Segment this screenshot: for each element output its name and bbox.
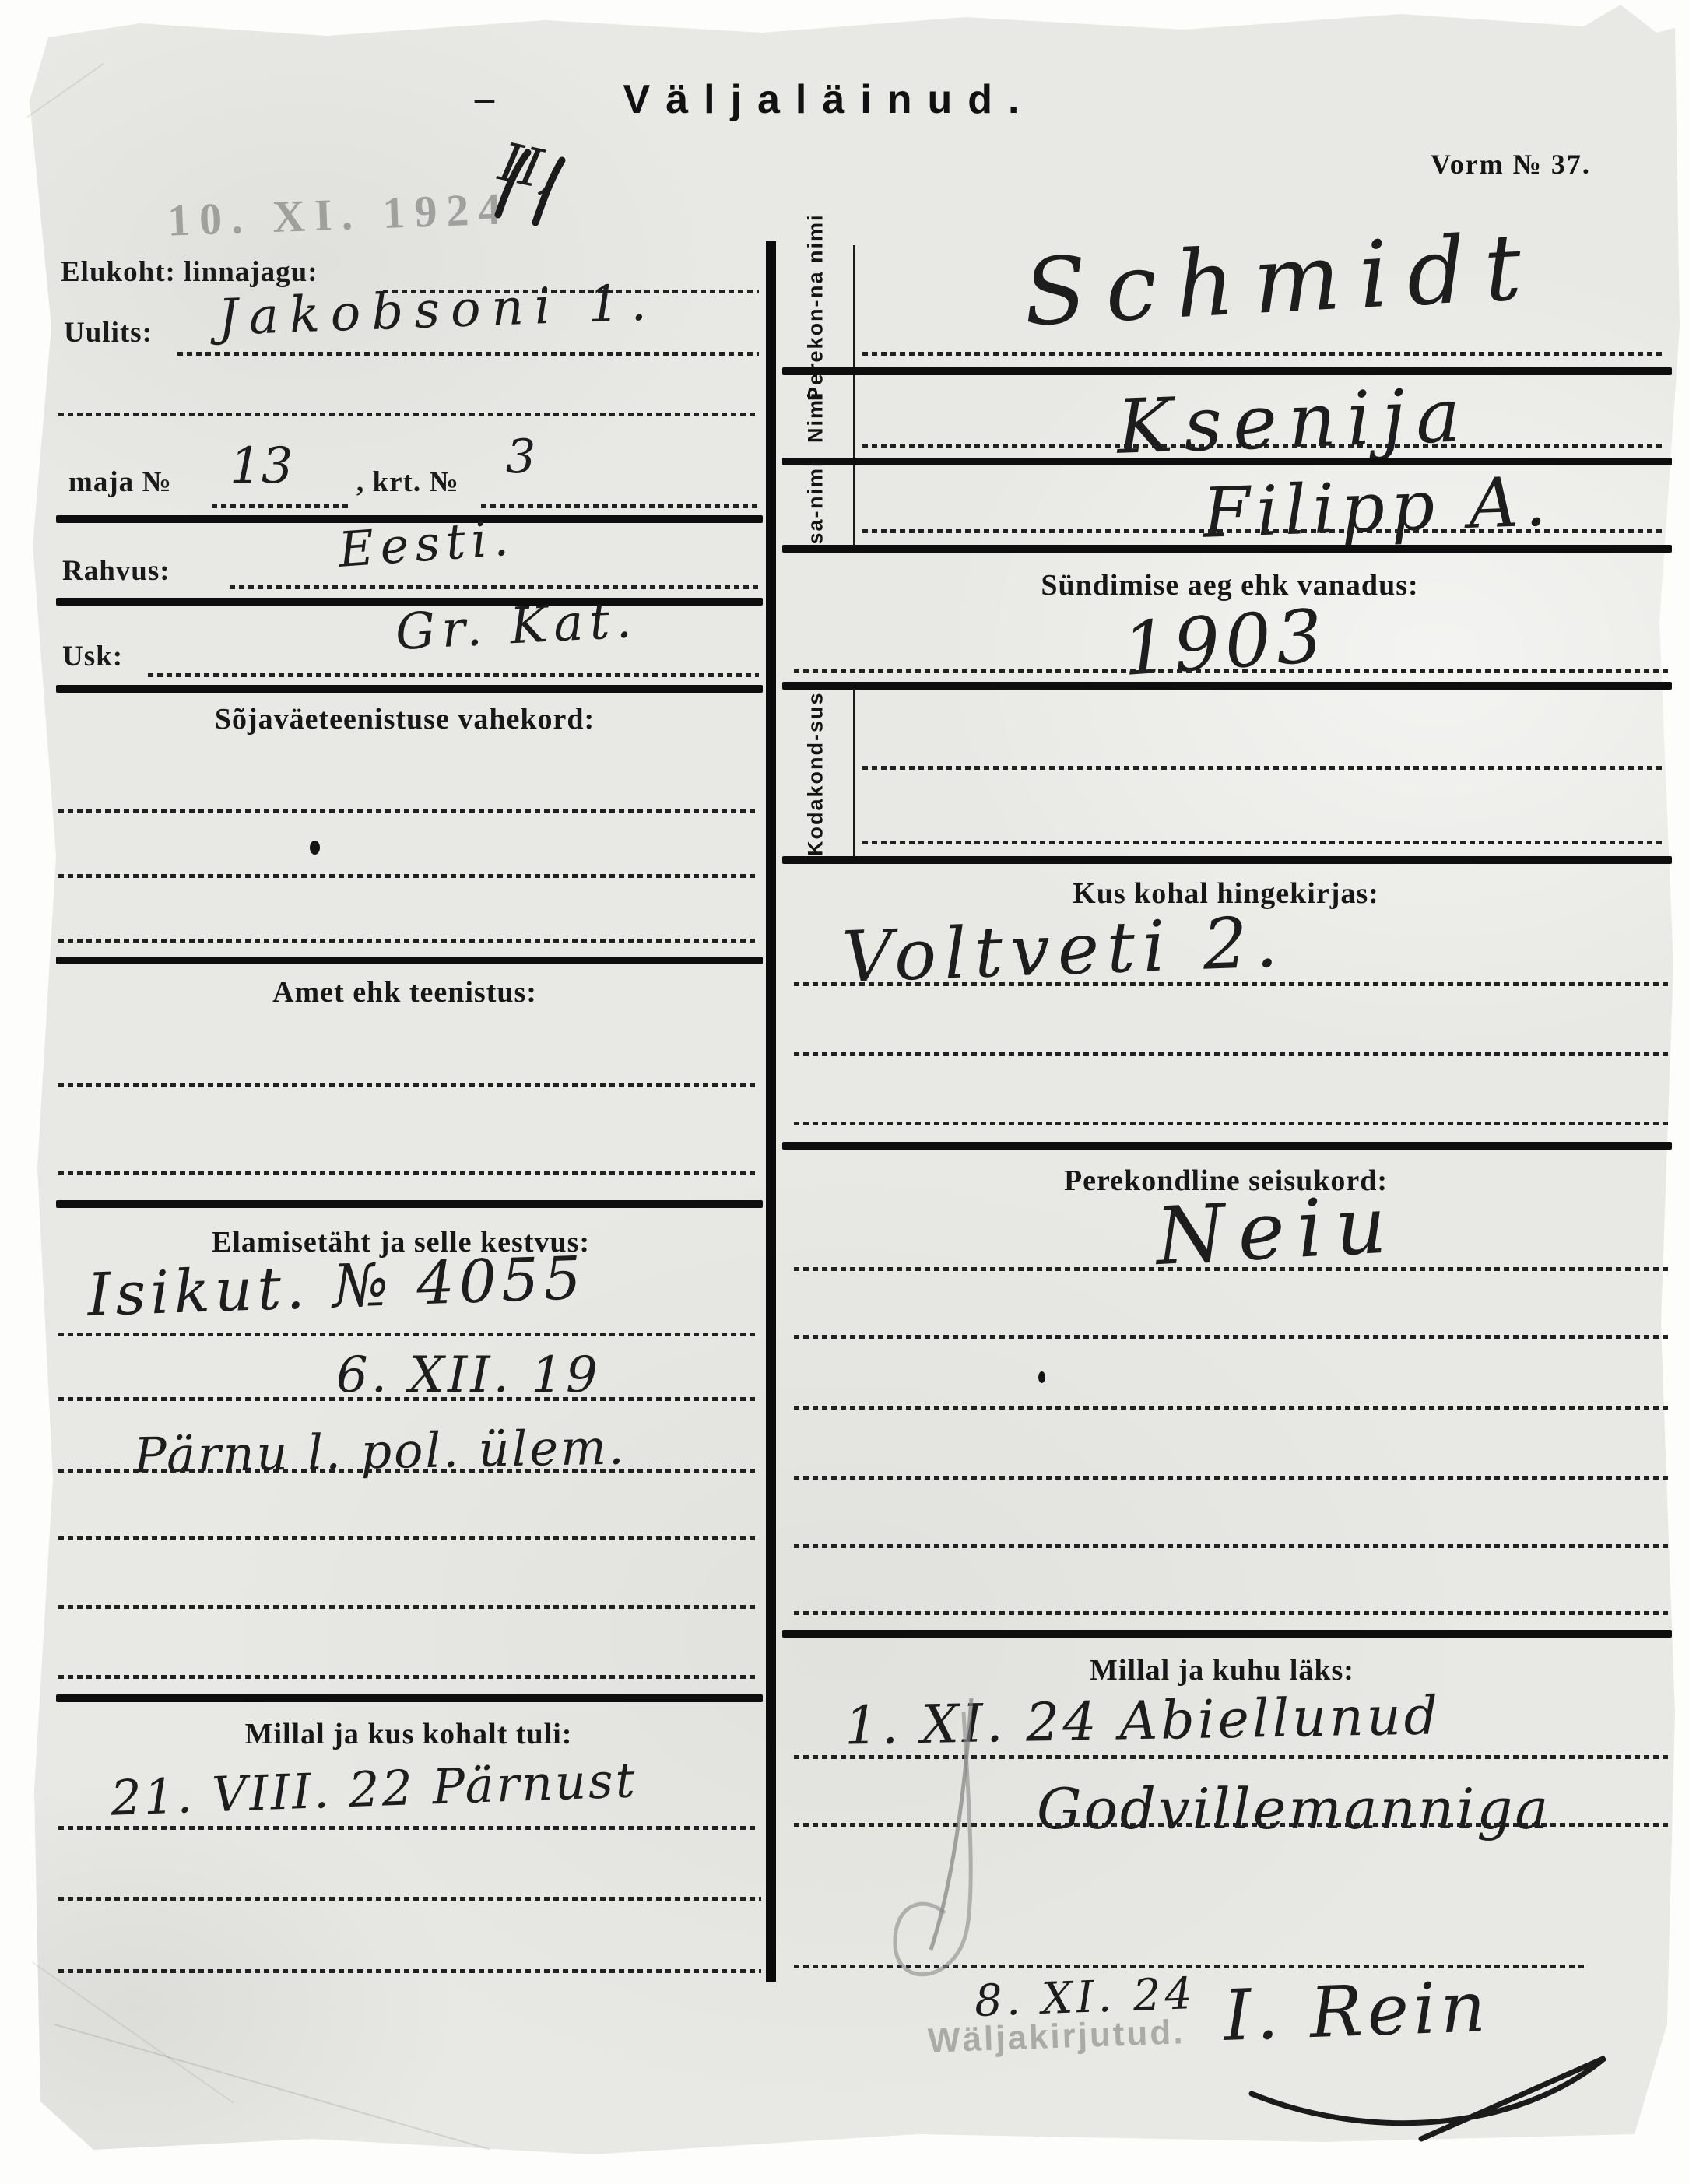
field-uulits-label: Uulits:: [64, 316, 153, 349]
rule-dotted: [862, 444, 1666, 448]
section-sojavae-heading-text: Sõjaväeteenistuse vahekord:: [215, 702, 595, 736]
vertical-label-nimi-text: Nimi: [804, 392, 828, 444]
rule-dotted-blank: [58, 1536, 759, 1540]
vertical-label-nimi: Nimi: [778, 375, 853, 459]
rule-dotted-blank: [58, 1605, 759, 1609]
rule-dotted-blank: [58, 1171, 759, 1175]
field-laks-line2: Godvillemanniga: [1037, 1776, 1550, 1842]
rule-dotted: [58, 1397, 759, 1401]
rule-vertical-thin: [853, 375, 855, 461]
rule-dotted-uulits: [177, 352, 759, 356]
rule-dotted: [794, 1755, 1670, 1759]
field-maja-value: 13: [230, 437, 293, 495]
rule-vertical-thin: [853, 689, 855, 859]
vertical-label-isanimi: Isa- nimi: [778, 465, 853, 546]
rule-dotted: [794, 982, 1670, 986]
vertical-label-kodakondsus-line2: sus: [804, 691, 828, 732]
rule-dotted-blank: [58, 939, 759, 943]
rule-dotted: [794, 669, 1670, 673]
rule-dotted-blank: [58, 1897, 761, 1901]
field-maja-label: maja №: [68, 465, 172, 499]
rule-dotted-blank: [794, 1476, 1670, 1480]
rule-dotted-maja: [212, 504, 352, 508]
rule-dotted: [58, 1826, 759, 1830]
rule-dotted-krt: [481, 504, 759, 508]
field-isanimi-value: Filipp A.: [1201, 461, 1554, 553]
rule-dotted-rahvus: [230, 585, 759, 589]
rule-bar: [782, 367, 1672, 375]
section-laks-heading: Millal ja kuhu läks:: [1222, 1653, 1487, 1687]
ink-blot: [1038, 1371, 1045, 1383]
rule-dotted-blank: [58, 1083, 759, 1087]
vertical-label-kodakondsus-line1: Kodakond-: [804, 732, 828, 856]
rule-bar: [782, 1142, 1672, 1150]
field-usk-label: Usk:: [62, 640, 123, 673]
vertical-label-perekonnanimi-line2: na nimi: [804, 214, 828, 299]
rule-bar: [56, 957, 763, 964]
official-signature: I. Rein: [1222, 1966, 1491, 2057]
rule-dotted-blank: [794, 1611, 1670, 1615]
scanned-form-page: 10. XI. 1924 Väljaläinud. – Vorm № 37. I…: [0, 0, 1689, 2184]
field-elamisetaht-line3: Pärnu l. pol. ülem.: [133, 1418, 627, 1484]
rule-dotted-blank: [58, 874, 759, 878]
field-rahvus-label: Rahvus:: [62, 554, 170, 588]
rule-vertical-thin: [853, 465, 855, 548]
section-tuli-heading: Millal ja kus kohalt tuli:: [409, 1717, 736, 1751]
rule-dotted: [58, 1333, 759, 1336]
handwritten-district-mark: II,: [494, 132, 564, 204]
section-laks-heading-text: Millal ja kuhu läks:: [1090, 1653, 1354, 1687]
title-dash-mark: –: [475, 75, 494, 120]
rule-dotted-usk: [148, 673, 759, 677]
rule-bar: [782, 1630, 1672, 1638]
field-elukoht-label: Elukoht: linnajagu:: [61, 255, 318, 289]
field-nimi-value: Ksenija: [1115, 371, 1473, 471]
rule-dotted: [794, 1267, 1670, 1271]
rule-dotted-blank: [58, 413, 759, 416]
section-amet-heading-text: Amet ehk teenistus:: [272, 975, 537, 1009]
page-title: Väljaläinud.: [829, 76, 1241, 123]
field-krt-value: 3: [506, 430, 535, 484]
field-laks-line1: 1. XI. 24 Abiellunud: [844, 1685, 1441, 1757]
field-elamisetaht-line2: 6. XII. 19: [336, 1347, 601, 1404]
rule-dotted-blank: [794, 1122, 1670, 1125]
rule-dotted-blank: [794, 1544, 1670, 1548]
center-divider: [766, 241, 776, 1982]
rule-dotted-blank: [58, 1969, 761, 1973]
rule-dotted-blank: [862, 766, 1666, 770]
section-sundimise-heading-text: Sündimise aeg ehk vanadus:: [1041, 568, 1418, 602]
rule-bar: [782, 682, 1672, 690]
rule-dotted-blank: [58, 809, 759, 813]
rule-dotted-blank: [794, 1406, 1670, 1410]
rule-dotted-blank: [794, 1052, 1670, 1056]
footer-date: 8. XI. 24: [974, 1968, 1197, 2027]
rule-bar: [56, 685, 763, 693]
section-sojavae-heading: Sõjaväeteenistuse vahekord:: [405, 702, 785, 736]
rule-dotted: [58, 1469, 759, 1473]
rule-dotted: [862, 529, 1666, 533]
page-title-text: Väljaläinud.: [623, 76, 1035, 123]
form-number: Vorm № 37.: [1431, 148, 1591, 181]
field-krt-label: , krt. №: [356, 465, 459, 499]
rule-bar: [56, 1694, 763, 1702]
rule-bar: [782, 545, 1672, 553]
vertical-label-isanimi-line2: nimi: [804, 460, 828, 510]
rule-bar: [782, 856, 1672, 864]
vertical-label-perekonnanimi: Perekon- na nimi: [778, 245, 853, 370]
rule-dotted-blank: [794, 1335, 1670, 1339]
rule-dotted-blank: [862, 841, 1666, 844]
rule-dotted-blank: [58, 1675, 759, 1679]
section-amet-heading: Amet ehk teenistus:: [405, 975, 669, 1009]
rule-dotted: [794, 1823, 1670, 1827]
rule-vertical-thin: [853, 245, 855, 371]
ink-blot: [310, 841, 320, 855]
vertical-label-kodakondsus: Kodakond- sus: [778, 689, 853, 859]
field-sundimise-value: 1903: [1120, 594, 1330, 693]
section-tuli-heading-text: Millal ja kus kohalt tuli:: [245, 1717, 573, 1751]
rule-bar: [56, 1200, 763, 1208]
rule-dotted: [862, 352, 1666, 356]
